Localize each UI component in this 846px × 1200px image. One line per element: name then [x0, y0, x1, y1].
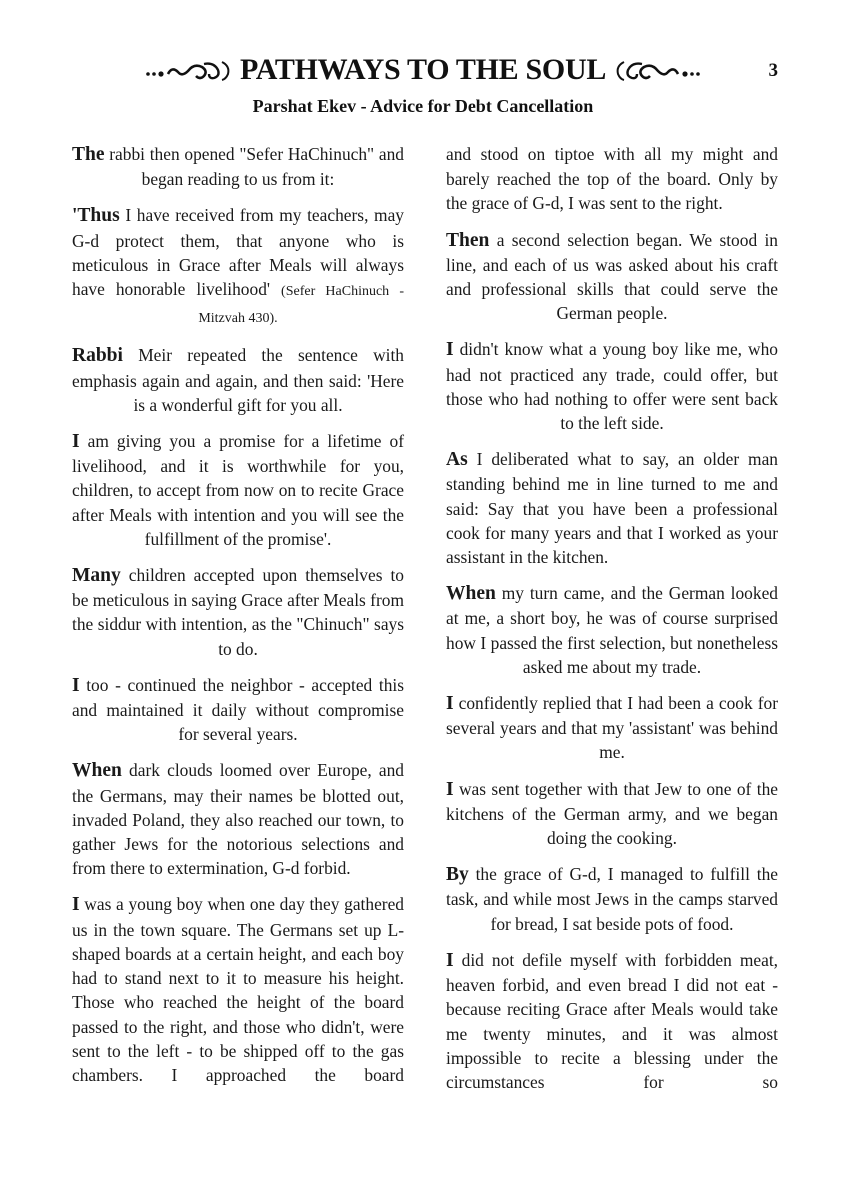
paragraph: 'Thus I have received from my teachers, … [72, 203, 404, 331]
article-subtitle: Parshat Ekev - Advice for Debt Cancellat… [0, 96, 846, 117]
page-header: PATHWAYS TO THE SOUL 3 [0, 50, 846, 90]
masthead-title: PATHWAYS TO THE SOUL [240, 53, 606, 87]
paragraph: As I deliberated what to say, an older m… [446, 447, 778, 569]
paragraph: I was a young boy when one day they gath… [72, 892, 404, 1087]
paragraph: I confidently replied that I had been a … [446, 691, 778, 765]
right-column: and stood on tiptoe with all my might an… [446, 142, 778, 1142]
paragraph: When my turn came, and the German looked… [446, 581, 778, 679]
paragraph: and stood on tiptoe with all my might an… [446, 142, 778, 216]
right-flourish-icon [612, 58, 702, 82]
paragraph: I didn't know what a young boy like me, … [446, 337, 778, 435]
paragraph: The rabbi then opened "Sefer HaChinuch" … [72, 142, 404, 191]
paragraph: I too - continued the neighbor - accepte… [72, 673, 404, 747]
paragraph: I am giving you a promise for a lifetime… [72, 429, 404, 551]
left-column: The rabbi then opened "Sefer HaChinuch" … [72, 142, 404, 1142]
page-number: 3 [769, 60, 779, 82]
paragraph: I did not defile myself with forbidden m… [446, 948, 778, 1094]
paragraph: Many children accepted upon themselves t… [72, 563, 404, 661]
paragraph: By the grace of G-d, I managed to fulfil… [446, 862, 778, 936]
masthead: PATHWAYS TO THE SOUL [132, 50, 714, 90]
article-body: The rabbi then opened "Sefer HaChinuch" … [72, 142, 778, 1142]
paragraph: I was sent together with that Jew to one… [446, 777, 778, 851]
paragraph: When dark clouds loomed over Europe, and… [72, 758, 404, 880]
left-flourish-icon [144, 58, 234, 82]
paragraph: Then a second selection began. We stood … [446, 228, 778, 326]
paragraph: Rabbi Meir repeated the sentence with em… [72, 343, 404, 417]
